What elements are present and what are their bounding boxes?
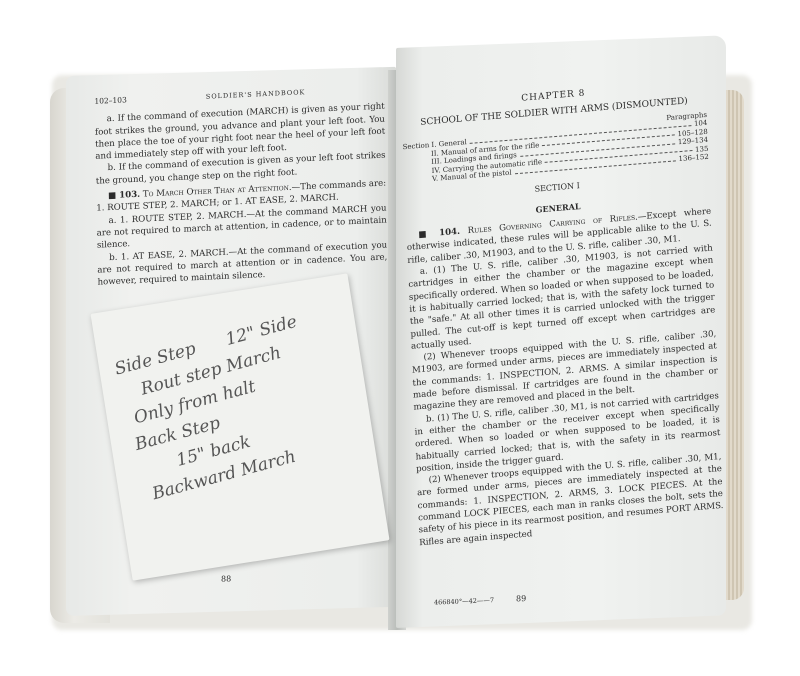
running-title: SOLDIER'S HANDBOOK <box>206 86 306 103</box>
note-text: Side Step12" Side Rout step March Only f… <box>112 309 334 508</box>
right-page-number: 89 <box>516 594 526 603</box>
printer-imprint: 466840°—42——7 <box>434 596 494 606</box>
left-page-text: 102–103 SOLDIER'S HANDBOOK a. If the com… <box>94 83 387 289</box>
right-page: CHAPTER 8 SCHOOL OF THE SOLDIER WITH ARM… <box>396 35 726 628</box>
handwritten-note: Side Step12" Side Rout step March Only f… <box>90 273 389 580</box>
left-page-number: 88 <box>221 574 231 583</box>
photo-scene: 102–103 SOLDIER'S HANDBOOK a. If the com… <box>0 0 800 676</box>
right-page-text: CHAPTER 8 SCHOOL OF THE SOLDIER WITH ARM… <box>401 78 724 549</box>
section-range: 102–103 <box>94 94 127 108</box>
